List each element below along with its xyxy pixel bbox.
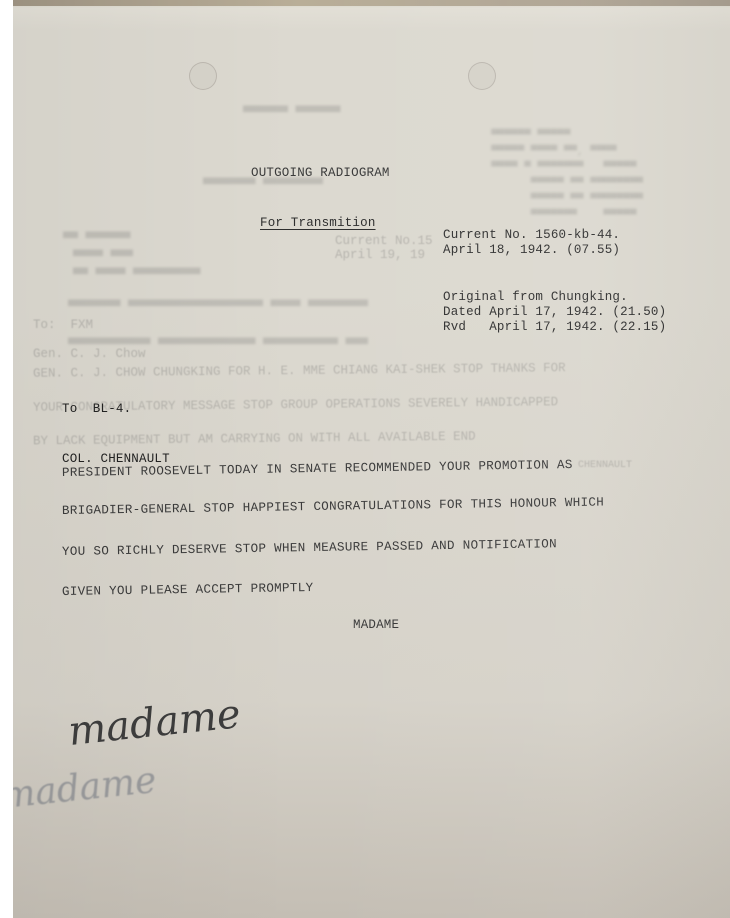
show-through-fragment: ▀▀▀▀ ▀▀▀ (73, 250, 133, 264)
message-line: BRIGADIER-GENERAL STOP HAPPIEST CONGRATU… (62, 495, 604, 518)
original-origin: Original from Chungking. (443, 290, 628, 304)
typed-signature: MADAME (353, 618, 399, 632)
to-line: To BL-4. (62, 402, 131, 416)
show-through-heading: ▀▀▀▀▀▀ ▀▀▀▀▀▀ (243, 106, 341, 120)
show-through-signature: CHENNAULT (578, 460, 632, 471)
current-number: Current No. 1560-kb-44. (443, 228, 620, 242)
document-title: OUTGOING RADIOGRAM (251, 166, 390, 180)
message-line: YOU SO RICHLY DESERVE STOP WHEN MEASURE … (62, 537, 557, 559)
show-through-gen: Gen. C. J. Chow (33, 347, 146, 361)
document-page: ▀▀▀▀▀▀ ▀▀▀▀▀▀ ▀▀▀▀▀▀▀ ▀▀▀▀▀▀▀▀ ▀▀▀▀▀▀ ▀▀… (13, 0, 730, 918)
current-date-time: April 18, 1942. (07.55) (443, 243, 620, 257)
show-through-line: GEN. C. J. CHOW CHUNGKING FOR H. E. MME … (33, 361, 566, 381)
punch-hole (189, 62, 217, 90)
handwritten-signature: madame (66, 691, 243, 755)
message-line: GIVEN YOU PLEASE ACCEPT PROMPTLY (62, 581, 314, 599)
show-through-heading: ▀▀▀▀▀▀▀ ▀▀▀▀▀▀▀▀ (203, 178, 323, 192)
original-received: Rvd April 17, 1942. (22.15) (443, 320, 666, 334)
show-through-fragment: ▀▀▀▀▀▀▀ ▀▀▀▀▀▀▀▀▀▀▀▀▀▀▀▀▀▀ ▀▀▀▀ ▀▀▀▀▀▀▀▀ (68, 300, 368, 314)
punch-hole (468, 62, 496, 90)
show-through-fragment: ▀▀ ▀▀▀▀▀▀ (63, 232, 131, 246)
show-through-to: To: FXM (33, 318, 93, 332)
document-subtitle: For Transmition (260, 216, 376, 230)
show-through-line: BY LACK EQUIPMENT BUT AM CARRYING ON WIT… (33, 430, 476, 449)
show-through-current: Current No.15 (335, 234, 433, 248)
handwritten-signature-ghost: madame (13, 760, 158, 817)
original-dated: Dated April 17, 1942. (21.50) (443, 305, 666, 319)
show-through-fragment: ▀▀ ▀▀▀▀ ▀▀▀▀▀▀▀▀▀ (73, 268, 201, 282)
show-through-date: April 19, 19 (335, 248, 425, 262)
show-through-block: ▀▀▀▀▀▀ ▀▀▀▀▀ ▀▀▀▀▀ ▀▀▀▀ ▀▀, ▀▀▀▀ ▀▀▀▀ ▀ … (478, 128, 643, 224)
